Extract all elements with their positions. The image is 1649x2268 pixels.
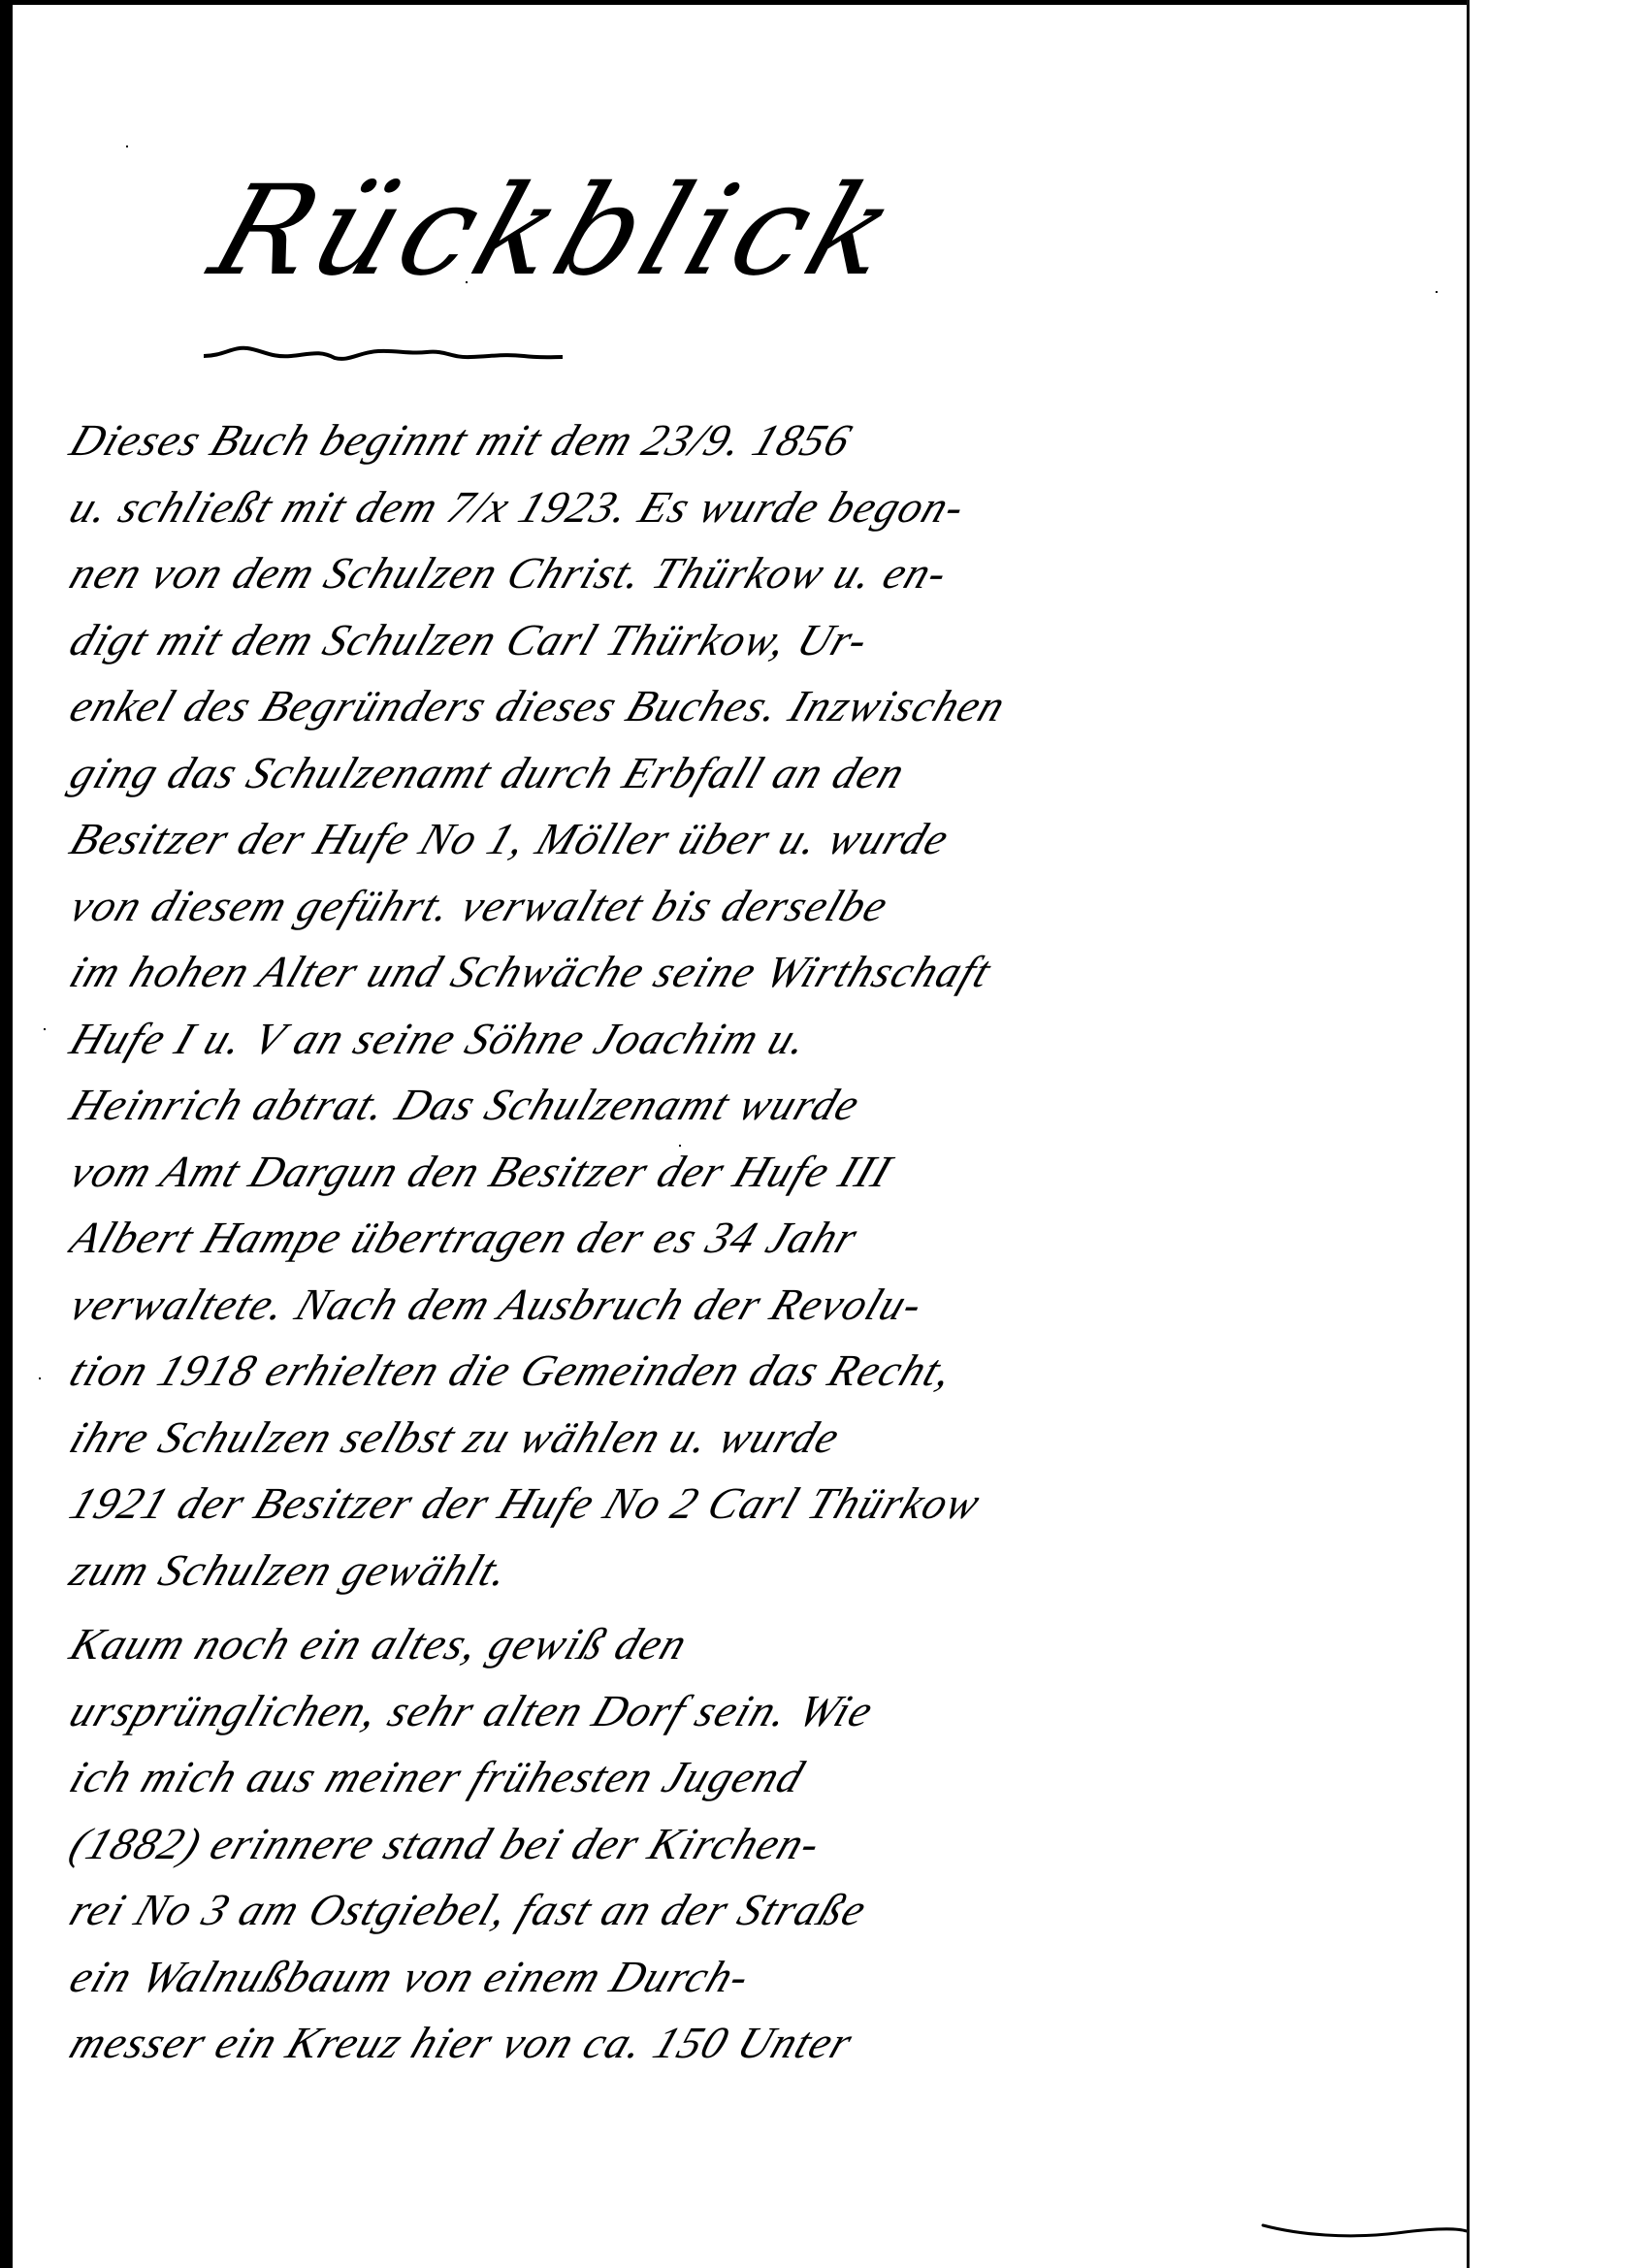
scan-speck	[44, 1028, 46, 1030]
scan-speck	[1436, 291, 1438, 293]
manuscript-line: ihre Schulzen selbst zu wählen u. wurde	[60, 1405, 1470, 1472]
manuscript-line: Heinrich abtrat. Das Schulzenamt wurde	[60, 1072, 1470, 1139]
scan-speck	[466, 281, 468, 283]
manuscript-line: nen von dem Schulzen Christ. Thürkow u. …	[60, 540, 1470, 607]
manuscript-line: zum Schulzen gewählt.	[60, 1538, 1470, 1604]
manuscript-line: Hufe I u. V an seine Söhne Joachim u.	[60, 1006, 1470, 1073]
manuscript-line: enkel des Begründers dieses Buches. Inzw…	[60, 673, 1470, 740]
closing-swash	[1261, 2221, 1470, 2241]
manuscript-line: Kaum noch ein altes, gewiß den	[60, 1611, 1470, 1678]
manuscript-line: u. schließt mit dem 7/x 1923. Es wurde b…	[60, 474, 1470, 541]
manuscript-line: digt mit dem Schulzen Carl Thürkow, Ur-	[60, 607, 1470, 674]
manuscript-line: ursprünglichen, sehr alten Dorf sein. Wi…	[60, 1678, 1470, 1745]
scan-speck	[126, 146, 128, 147]
manuscript-line: Dieses Buch beginnt mit dem 23/9. 1856	[60, 407, 1470, 474]
manuscript-line: ging das Schulzenamt durch Erbfall an de…	[60, 740, 1470, 807]
blank-margin	[1470, 0, 1649, 2268]
scanned-page: Rückblick Dieses Buch beginnt mit dem 23…	[0, 0, 1470, 2268]
page-title: Rückblick	[199, 170, 914, 294]
scan-left-border	[0, 0, 13, 2268]
manuscript-line: Albert Hampe übertragen der es 34 Jahr	[60, 1205, 1470, 1272]
manuscript-line: (1882) erinnere stand bei der Kirchen-	[60, 1811, 1470, 1878]
manuscript-line: vom Amt Dargun den Besitzer der Hufe III	[60, 1139, 1470, 1206]
manuscript-line: ich mich aus meiner frühesten Jugend	[60, 1744, 1470, 1811]
scan-speck	[39, 1377, 41, 1379]
manuscript-line: im hohen Alter und Schwäche seine Wirths…	[60, 939, 1470, 1006]
manuscript-line: von diesem geführt. verwaltet bis dersel…	[60, 873, 1470, 940]
scan-top-border	[0, 0, 1470, 5]
manuscript-body: Dieses Buch beginnt mit dem 23/9. 1856 u…	[60, 407, 1457, 2077]
manuscript-line: rei No 3 am Ostgiebel, fast an der Straß…	[60, 1877, 1470, 1944]
manuscript-line: verwaltete. Nach dem Ausbruch der Revolu…	[60, 1272, 1470, 1339]
scan-speck	[679, 1145, 681, 1147]
manuscript-line: messer ein Kreuz hier von ca. 150 Unter	[60, 2010, 1470, 2077]
title-wavy-underline	[204, 344, 563, 364]
manuscript-line: ein Walnußbaum von einem Durch-	[60, 1944, 1470, 2011]
manuscript-line: tion 1918 erhielten die Gemeinden das Re…	[60, 1338, 1470, 1405]
manuscript-line: Besitzer der Hufe No 1, Möller über u. w…	[60, 806, 1470, 873]
manuscript-line: 1921 der Besitzer der Hufe No 2 Carl Thü…	[60, 1471, 1470, 1538]
